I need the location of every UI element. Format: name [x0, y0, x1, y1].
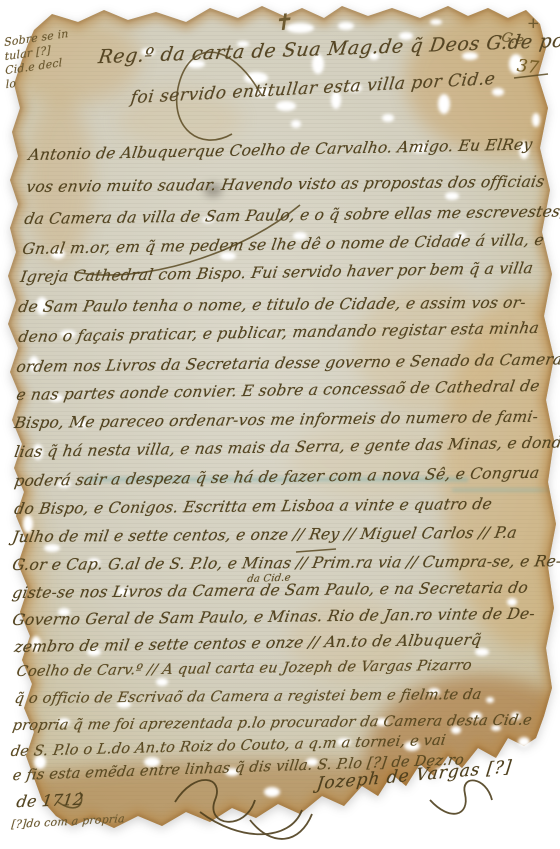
- invocation-cross-mark: ✝: [272, 10, 293, 37]
- folio-number: 37: [516, 56, 540, 78]
- closing-date: de 1712: [15, 790, 85, 811]
- body-line-15: G.or e Cap. G.al de S. P.lo, e Minas // …: [11, 552, 560, 574]
- corner-cross-mark: +: [527, 14, 540, 32]
- manuscript-page: Sobre se in tular [?] Cid.e decl lo ✝ + …: [0, 0, 560, 849]
- margin-note: Sobre se in tular [?] Cid.e decl lo: [4, 27, 70, 92]
